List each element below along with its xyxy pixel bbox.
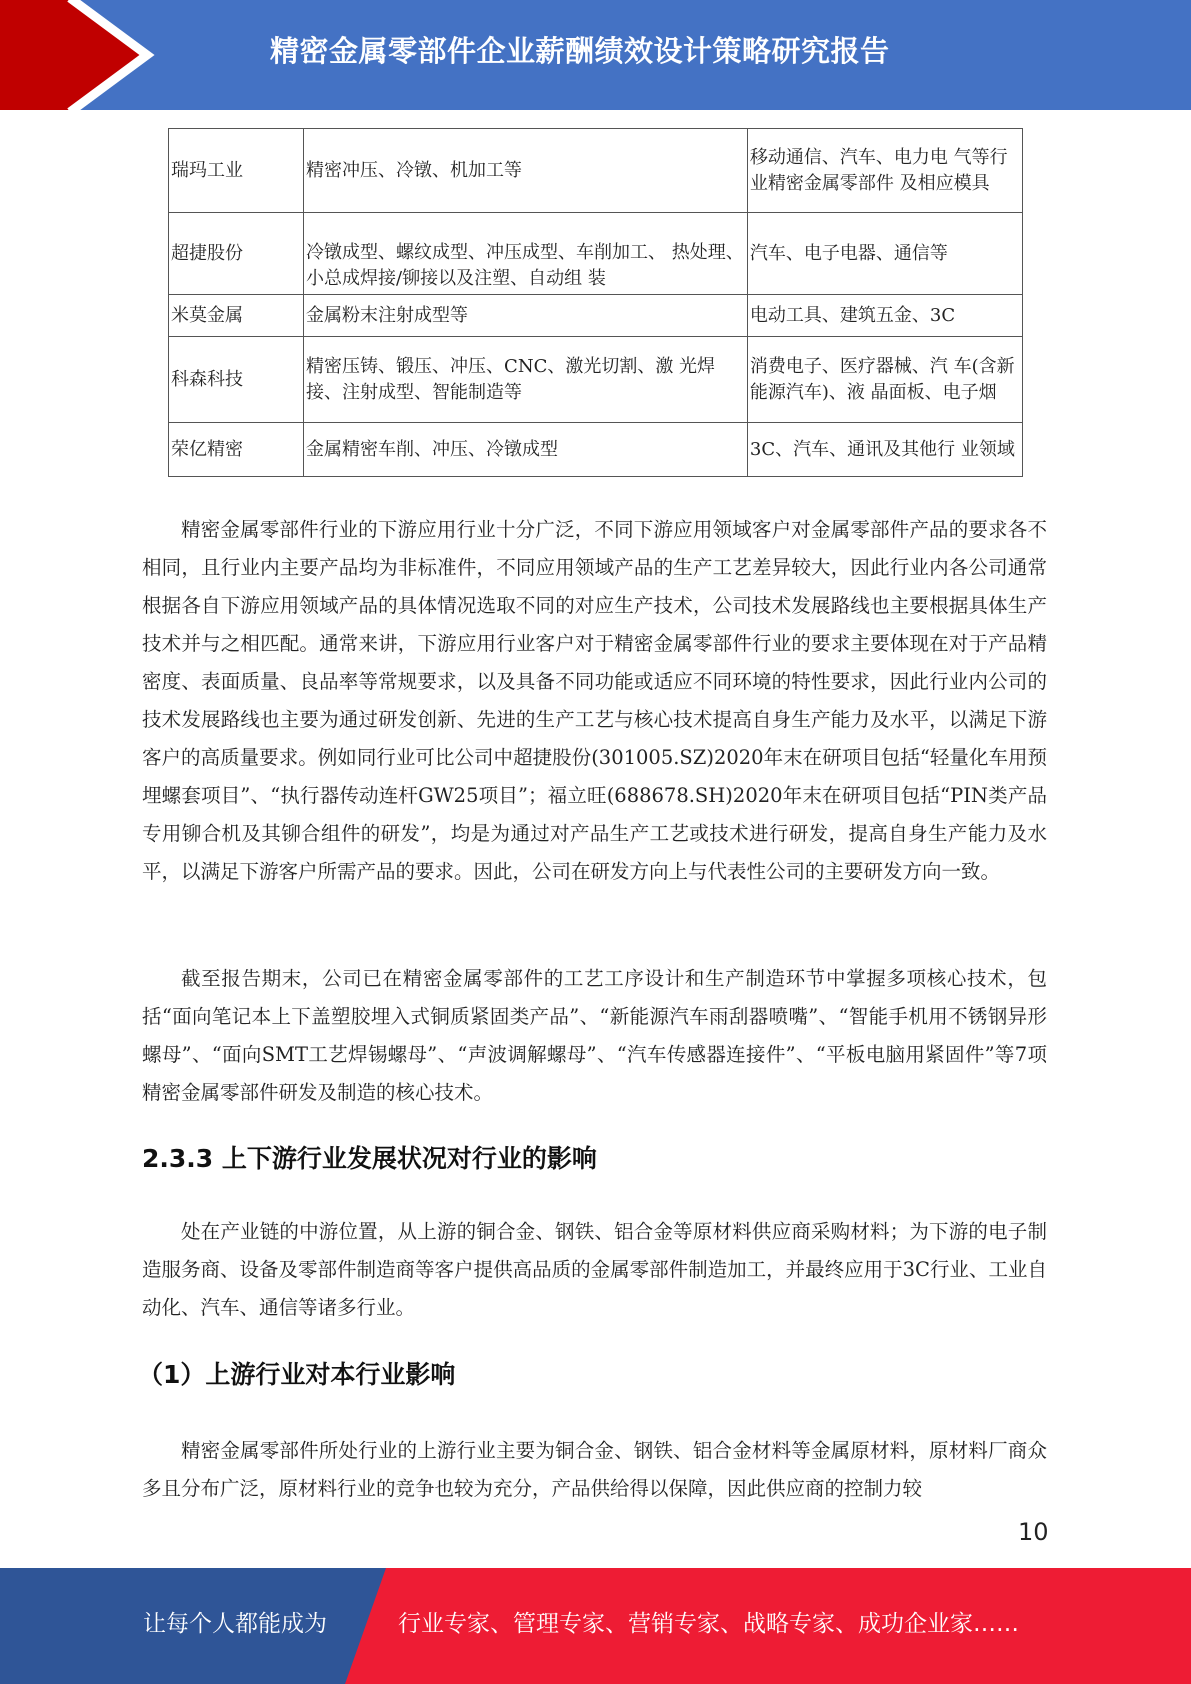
process-cell: 金属粉末注射成型等 bbox=[304, 295, 748, 337]
table-row: 荣亿精密 金属精密车削、冲压、冷镦成型 3C、汽车、通讯及其他行 业领域 bbox=[169, 423, 1023, 477]
company-comparison-table: 瑞玛工业 精密冲压、冷镦、机加工等 移动通信、汽车、电力电 气等行业精密金属零部… bbox=[168, 128, 1023, 477]
table-row: 超捷股份 冷镦成型、螺纹成型、冲压成型、车削加工、 热处理、小总成焊接/铆接以及… bbox=[169, 213, 1023, 295]
application-cell: 汽车、电子电器、通信等 bbox=[747, 213, 1022, 295]
table-row: 米莫金属 金属粉末注射成型等 电动工具、建筑五金、3C bbox=[169, 295, 1023, 337]
paragraph-industry-chain: 处在产业链的中游位置，从上游的铜合金、钢铁、铝合金等原材料供应商采购材料；为下游… bbox=[142, 1213, 1047, 1327]
process-cell: 精密压铸、锻压、冲压、CNC、激光切割、激 光焊接、注射成型、智能制造等 bbox=[304, 337, 748, 423]
paragraph-upstream: 精密金属零部件所处行业的上游行业主要为铜合金、钢铁、铝合金材料等金属原材料，原材… bbox=[142, 1432, 1047, 1508]
table-row: 科森科技 精密压铸、锻压、冲压、CNC、激光切割、激 光焊接、注射成型、智能制造… bbox=[169, 337, 1023, 423]
application-cell: 电动工具、建筑五金、3C bbox=[747, 295, 1022, 337]
application-cell: 移动通信、汽车、电力电 气等行业精密金属零部件 及相应模具 bbox=[747, 129, 1022, 213]
process-cell: 精密冲压、冷镦、机加工等 bbox=[304, 129, 748, 213]
subheading-upstream-impact: （1）上游行业对本行业影响 bbox=[138, 1358, 455, 1392]
footer-slogan-left: 让每个人都能成为 bbox=[143, 1604, 327, 1644]
red-arrow-icon bbox=[0, 0, 200, 110]
company-cell: 米莫金属 bbox=[169, 295, 304, 337]
process-cell: 冷镦成型、螺纹成型、冲压成型、车削加工、 热处理、小总成焊接/铆接以及注塑、自动… bbox=[304, 213, 748, 295]
page-header: 精密金属零部件企业薪酬绩效设计策略研究报告 bbox=[0, 0, 1191, 110]
application-cell: 消费电子、医疗器械、汽 车(含新能源汽车)、液 晶面板、电子烟 bbox=[747, 337, 1022, 423]
company-cell: 瑞玛工业 bbox=[169, 129, 304, 213]
section-heading-2-3-3: 2.3.3 上下游行业发展状况对行业的影响 bbox=[142, 1142, 597, 1176]
paragraph-downstream-tech: 精密金属零部件行业的下游应用行业十分广泛，不同下游应用领域客户对金属零部件产品的… bbox=[142, 511, 1047, 891]
table-row: 瑞玛工业 精密冲压、冷镦、机加工等 移动通信、汽车、电力电 气等行业精密金属零部… bbox=[169, 129, 1023, 213]
company-cell: 超捷股份 bbox=[169, 213, 304, 295]
application-cell: 3C、汽车、通讯及其他行 业领域 bbox=[747, 423, 1022, 477]
report-title: 精密金属零部件企业薪酬绩效设计策略研究报告 bbox=[270, 28, 890, 74]
process-cell: 金属精密车削、冲压、冷镦成型 bbox=[304, 423, 748, 477]
company-cell: 荣亿精密 bbox=[169, 423, 304, 477]
company-cell: 科森科技 bbox=[169, 337, 304, 423]
page-footer: 让每个人都能成为 行业专家、管理专家、营销专家、战略专家、成功企业家…… bbox=[0, 1568, 1191, 1684]
footer-slogan-right: 行业专家、管理专家、营销专家、战略专家、成功企业家…… bbox=[398, 1604, 1019, 1644]
page-number: 10 bbox=[1018, 1518, 1049, 1546]
paragraph-core-tech: 截至报告期末，公司已在精密金属零部件的工艺工序设计和生产制造环节中掌握多项核心技… bbox=[142, 960, 1047, 1112]
